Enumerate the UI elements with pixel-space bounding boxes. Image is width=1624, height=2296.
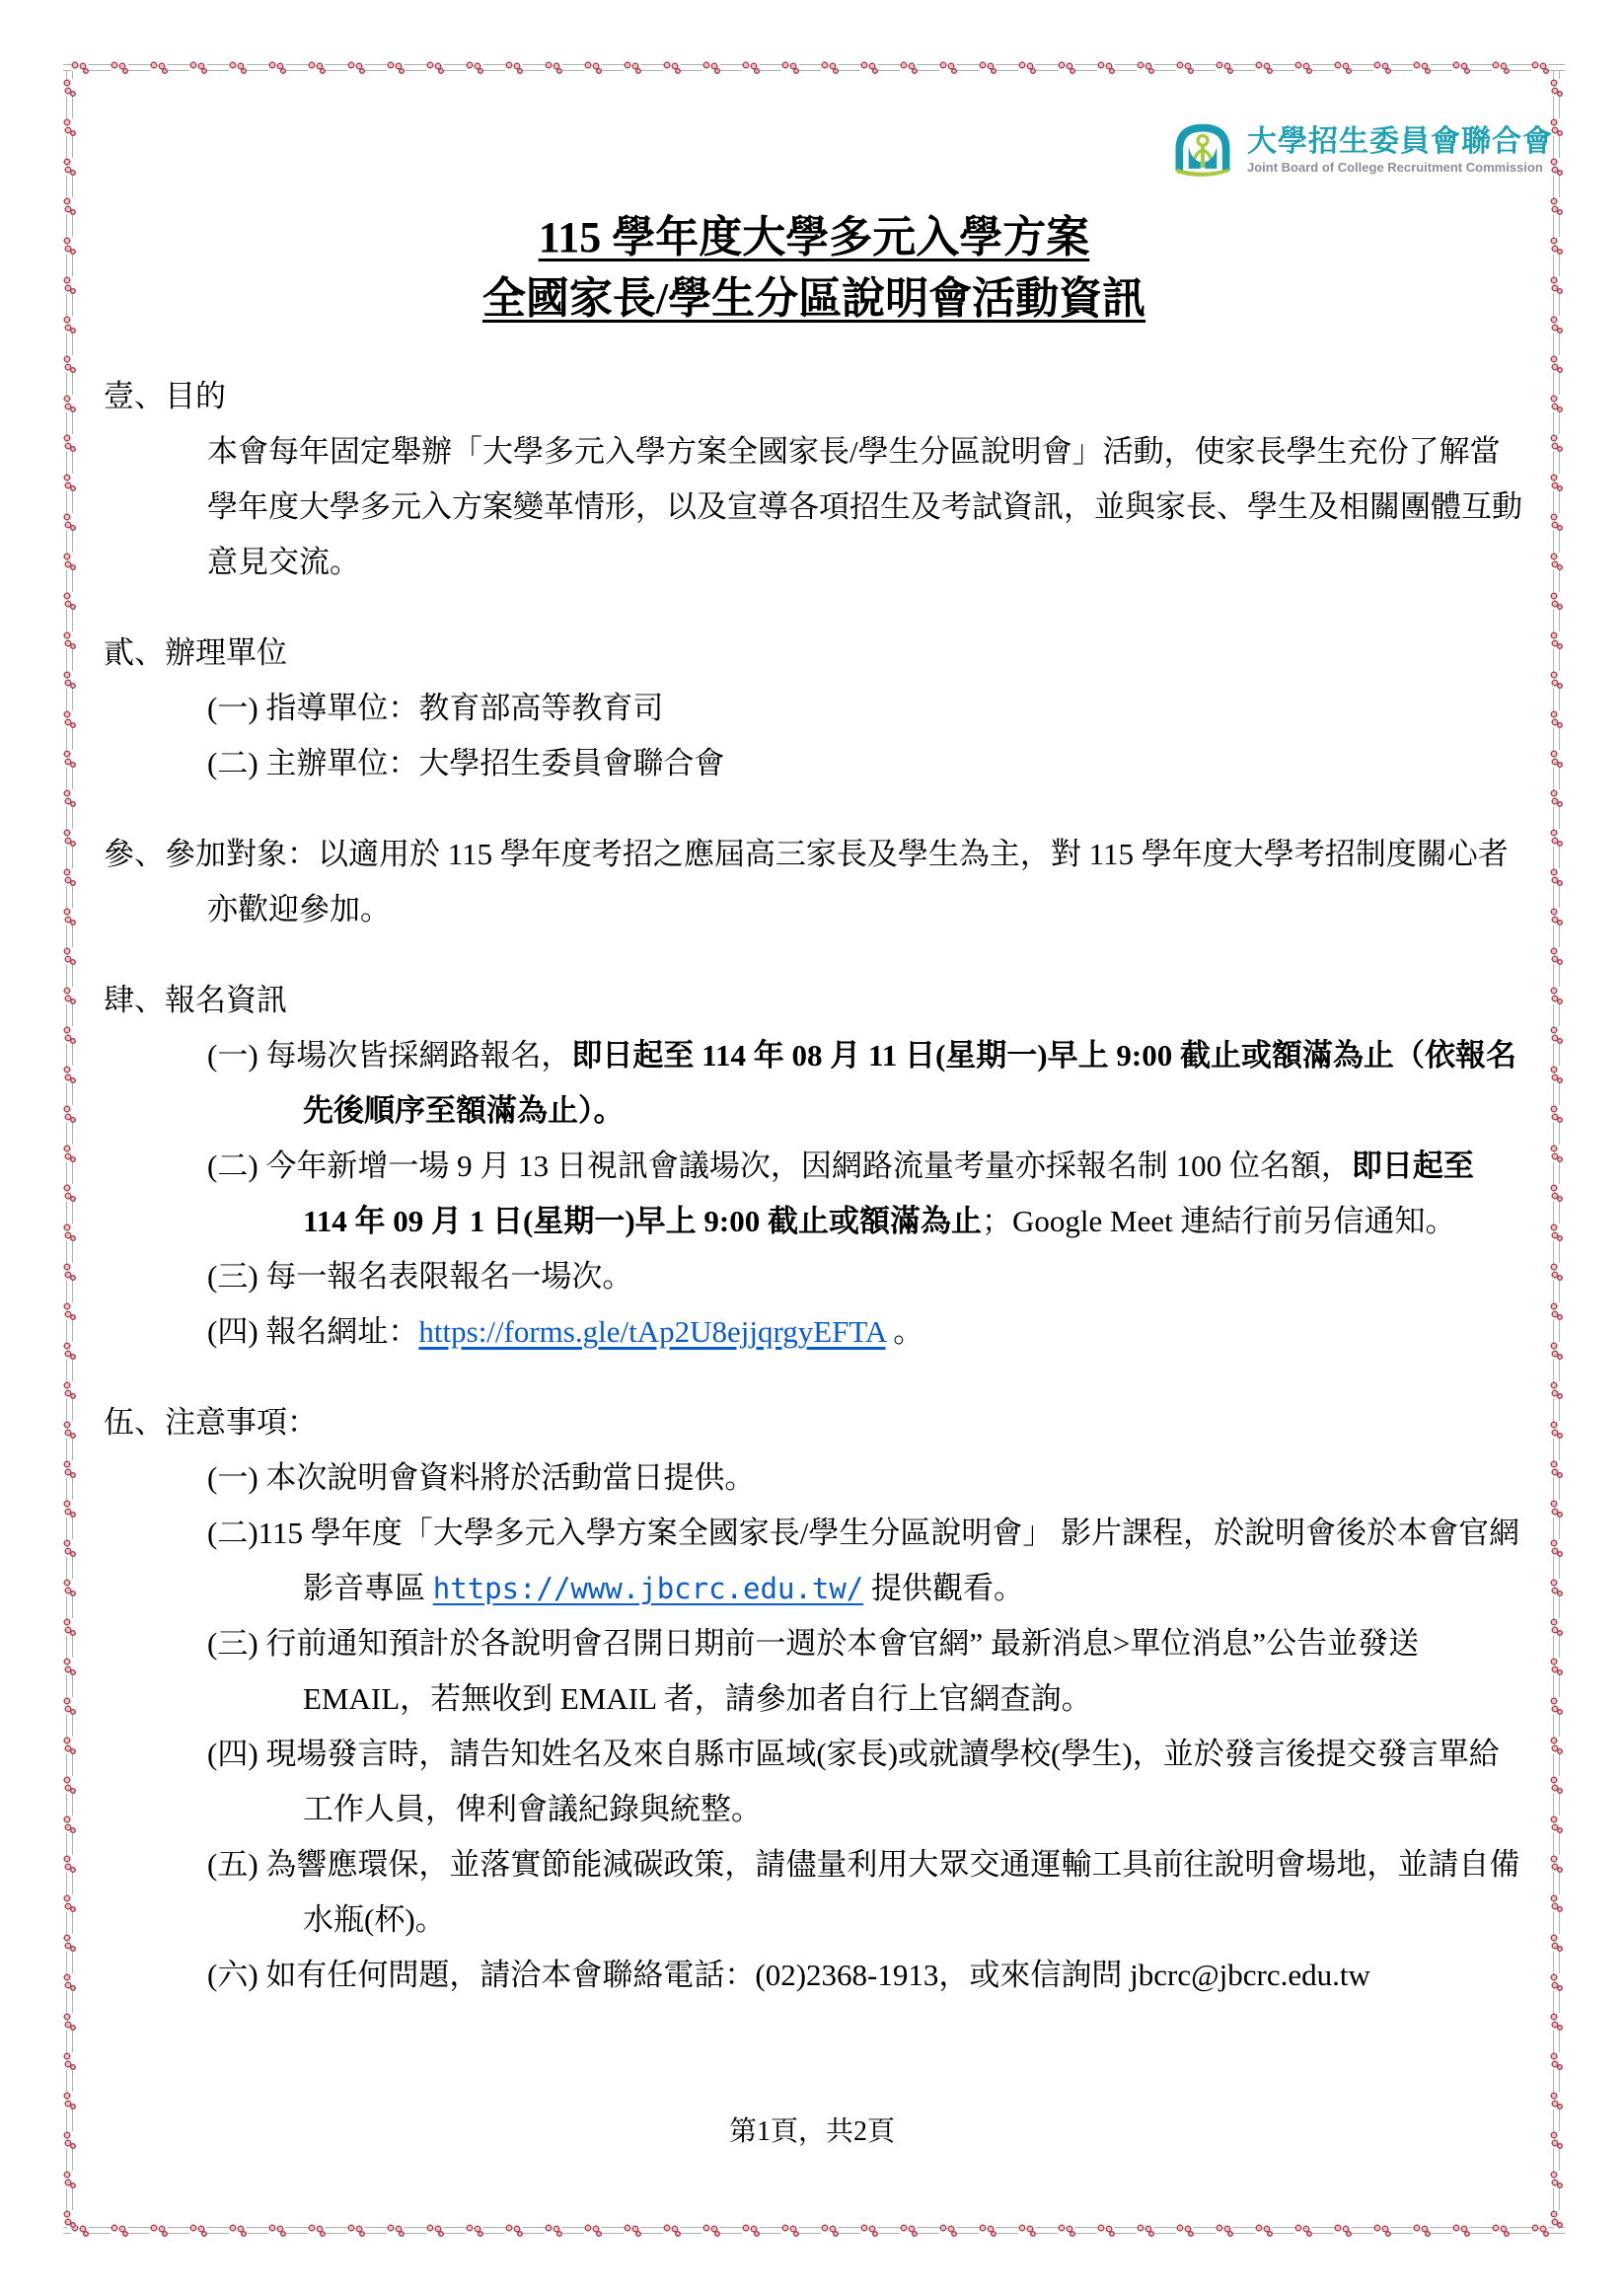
text: (三) [207, 1259, 265, 1294]
text: 伍、注意事項： [104, 1405, 318, 1440]
paragraph: 本會每年固定舉辦「大學多元入學方案全國家長/學生分區說明會」活動，使家長學生充份… [104, 424, 1524, 590]
text: 貳、辦理單位 [104, 635, 287, 670]
text: 本會每年固定舉辦「大學多元入學方案全國家長/學生分區說明會」活動，使家長學生充份… [207, 434, 1522, 579]
text: 報名網址： [265, 1314, 418, 1349]
text: 主辦單位：大學招生委員會聯合會 [265, 746, 724, 780]
border-bottom [63, 2224, 1565, 2239]
text: 指導單位：教育部高等教育司 [265, 691, 663, 725]
text: 為響應環保，並落實節能減碳政策，請儘量利用大眾交通運輸工具前往說明會場地，並請自… [265, 1847, 1519, 1937]
text: (二) [207, 746, 265, 780]
list-item: (一) 指導單位：教育部高等教育司 [104, 681, 1524, 736]
section-heading: 參、參加對象：以適用於 115 學年度考招之應屆高三家長及學生為主，對 115 … [104, 827, 1524, 937]
text: 本次說明會資料將於活動當日提供。 [265, 1460, 755, 1495]
page-number: 第1頁，共2頁 [0, 2110, 1624, 2149]
text: ；Google Meet 連結行前另信通知。 [982, 1204, 1455, 1238]
jbcrc-logo-icon [1170, 118, 1235, 183]
document-title-line2: 全國家長/學生分區說明會活動資訊 [104, 268, 1524, 330]
text: 行前通知預計於各說明會召開日期前一週於本會官網” 最新消息>單位消息”公告並發送… [265, 1626, 1419, 1716]
section-heading: 貳、辦理單位 [104, 626, 1524, 681]
list-item: (三) 行前通知預計於各說明會召開日期前一週於本會官網” 最新消息>單位消息”公… [104, 1616, 1524, 1727]
section-1: 壹、目的本會每年固定舉辦「大學多元入學方案全國家長/學生分區說明會」活動，使家長… [104, 369, 1524, 590]
section-heading: 肆、報名資訊 [104, 973, 1524, 1028]
text: 壹、目的 [104, 379, 226, 413]
text: 如有任何問題，請洽本會聯絡電話：(02)2368-1913，或來信詢問 jbcr… [265, 1958, 1369, 1992]
document-body: 壹、目的本會每年固定舉辦「大學多元入學方案全國家長/學生分區說明會」活動，使家長… [104, 369, 1524, 2003]
text: (四) [207, 1737, 265, 1771]
list-item: (四) 現場發言時，請告知姓名及來自縣市區域(家長)或就讀學校(學生)，並於發言… [104, 1727, 1524, 1837]
text: 每場次皆採網路報名， [265, 1038, 571, 1073]
border-right [1550, 71, 1565, 2229]
border-top [63, 61, 1565, 76]
border-left [63, 71, 78, 2229]
page-content: 115 學年度大學多元入學方案 全國家長/學生分區說明會活動資訊 壹、目的本會每… [104, 207, 1524, 2003]
registration-form-link[interactable]: https://forms.gle/tAp2U8ejjqrgyEFTA [418, 1314, 885, 1349]
text: 肆、報名資訊 [104, 983, 287, 1017]
text: 提供觀看。 [863, 1571, 1024, 1605]
document-title-line1: 115 學年度大學多元入學方案 [104, 207, 1524, 268]
list-item: (二)115 學年度「大學多元入學方案全國家長/學生分區說明會」 影片課程，於說… [104, 1506, 1524, 1616]
text: (四) [207, 1314, 265, 1349]
list-item: (二) 主辦單位：大學招生委員會聯合會 [104, 736, 1524, 791]
text: (一) [207, 691, 265, 725]
section-2: 貳、辦理單位(一) 指導單位：教育部高等教育司(二) 主辦單位：大學招生委員會聯… [104, 626, 1524, 791]
text: 每一報名表限報名一場次。 [265, 1259, 632, 1294]
text: (三) [207, 1626, 265, 1661]
section-3: 參、參加對象：以適用於 115 學年度考招之應屆高三家長及學生為主，對 115 … [104, 827, 1524, 937]
jbcrc-logo: 大學招生委員會聯合會 Joint Board of College Recrui… [1170, 118, 1553, 183]
section-5: 伍、注意事項：(一) 本次說明會資料將於活動當日提供。(二)115 學年度「大學… [104, 1395, 1524, 2003]
list-item: (二) 今年新增一場 9 月 13 日視訊會議場次，因網路流量考量亦採報名制 1… [104, 1139, 1524, 1249]
list-item: (三) 每一報名表限報名一場次。 [104, 1249, 1524, 1304]
text: (六) [207, 1958, 265, 1992]
document-title: 115 學年度大學多元入學方案 全國家長/學生分區說明會活動資訊 [104, 207, 1524, 330]
text: 參、參加對象：以適用於 115 學年度考招之應屆高三家長及學生為主，對 115 … [104, 837, 1509, 926]
text: (一) [207, 1038, 265, 1073]
section-heading: 壹、目的 [104, 369, 1524, 424]
text: 。 [886, 1314, 924, 1349]
text: (二) [207, 1148, 265, 1183]
text: (五) [207, 1847, 265, 1882]
list-item: (一) 本次說明會資料將於活動當日提供。 [104, 1450, 1524, 1506]
text: (一) [207, 1460, 265, 1495]
logo-name-en: Joint Board of College Recruitment Commi… [1247, 159, 1553, 177]
section-heading: 伍、注意事項： [104, 1395, 1524, 1450]
text: 今年新增一場 9 月 13 日視訊會議場次，因網路流量考量亦採報名制 100 位… [265, 1148, 1352, 1183]
jbcrc-website-link[interactable]: https://www.jbcrc.edu.tw/ [433, 1572, 864, 1605]
list-item: (一) 每場次皆採網路報名，即日起至 114 年 08 月 11 日(星期一)早… [104, 1028, 1524, 1139]
list-item: (四) 報名網址：https://forms.gle/tAp2U8ejjqrgy… [104, 1304, 1524, 1360]
list-item: (六) 如有任何問題，請洽本會聯絡電話：(02)2368-1913，或來信詢問 … [104, 1948, 1524, 2003]
list-item: (五) 為響應環保，並落實節能減碳政策，請儘量利用大眾交通運輸工具前往說明會場地… [104, 1837, 1524, 1948]
text: (二) [207, 1516, 258, 1550]
section-4: 肆、報名資訊(一) 每場次皆採網路報名，即日起至 114 年 08 月 11 日… [104, 973, 1524, 1360]
text: 現場發言時，請告知姓名及來自縣市區域(家長)或就讀學校(學生)，並於發言後提交發… [265, 1737, 1499, 1826]
logo-name-zh: 大學招生委員會聯合會 [1247, 125, 1553, 159]
